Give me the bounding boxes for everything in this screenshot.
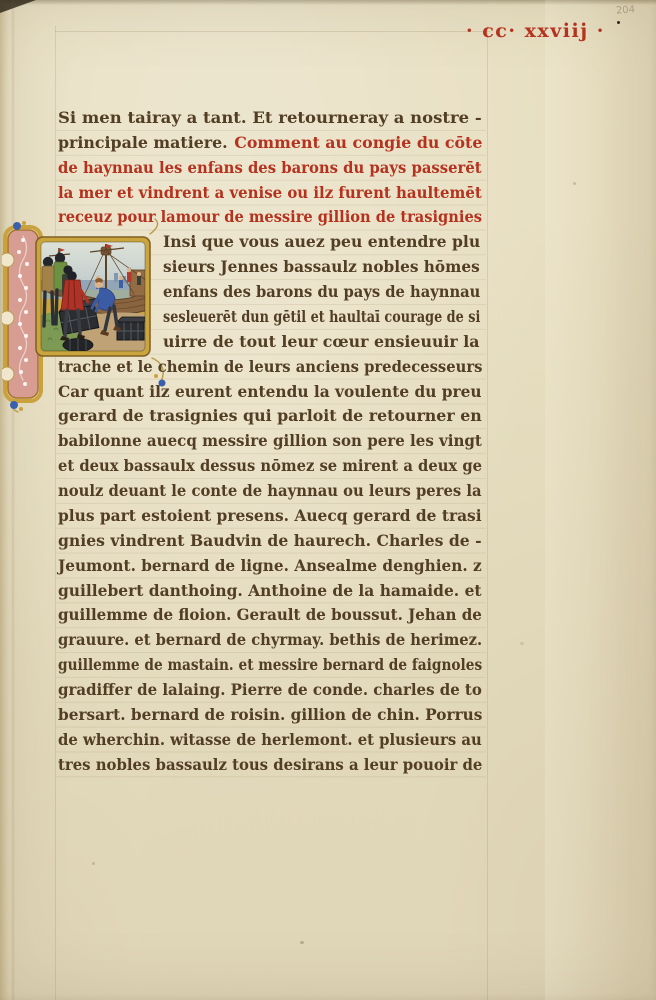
body-text: Car quant ilz eurent entendu la voulente… <box>58 382 482 401</box>
text-line: guillemme de floion. Gerault de boussut.… <box>58 605 508 629</box>
text-line: bersart. bernard de roisin. gillion de c… <box>58 705 501 729</box>
initial-letter-stem <box>2 227 41 401</box>
body-text: trache et le chemin de leurs anciens pre… <box>58 357 482 376</box>
text-line: sieurs Jennes bassaulz nobles hōmes <box>163 257 494 281</box>
text-line: uirre de tout leur cœur ensieuuir la <box>163 332 484 356</box>
text-line: de haynnau les enfans des barons du pays… <box>58 158 516 182</box>
rubric-text: de haynnau les enfans des barons du pays… <box>58 158 482 177</box>
folio-number: · cc· xxviij · <box>466 20 605 42</box>
body-text: sieurs Jennes bassaulz nobles hōmes <box>163 257 480 276</box>
rubric-text: receuz pour lamour de messire gillion de… <box>58 207 482 226</box>
text-line: Car quant ilz eurent entendu la voulente… <box>58 382 499 406</box>
body-text: Jeumont. bernard de ligne. Ansealme deng… <box>58 556 482 575</box>
stain <box>520 642 524 645</box>
text-line: babilonne auecq messire gillion son pere… <box>58 431 509 455</box>
body-text: babilonne auecq messire gillion son pere… <box>58 431 482 450</box>
stain <box>300 941 304 944</box>
text-line: tres nobles bassaulz tous desirans a leu… <box>58 755 514 779</box>
text-line: de wherchin. witasse de herlemont. et pl… <box>58 730 516 754</box>
rubric-text: Comment au congie du cōte <box>234 133 482 152</box>
text-line: la mer et vindrent a venise ou ilz furen… <box>58 183 512 207</box>
stain <box>92 862 95 865</box>
miniature-harbor-scene <box>41 242 149 352</box>
text-line: principale matiere.Comment au congie du … <box>58 133 487 157</box>
text-line: Insi que vous auez peu entendre plu <box>163 232 488 256</box>
body-text: enfans des barons du pays de haynnau <box>163 282 480 301</box>
body-text: guillemme de floion. Gerault de boussut.… <box>58 605 482 624</box>
body-text: plus part estoient presens. Auecq gerard… <box>58 506 482 525</box>
body-text: gnies vindrent Baudvin de haurech. Charl… <box>58 531 482 550</box>
text-line: enfans des barons du pays de haynnau <box>163 282 508 306</box>
manuscript-page: · cc· xxviij · 204 <box>0 0 656 1000</box>
body-text: Insi que vous auez peu entendre plu <box>163 232 480 251</box>
text-line: Jeumont. bernard de ligne. Ansealme deng… <box>58 556 502 580</box>
body-text: principale matiere. <box>58 133 228 152</box>
text-line: noulz deuant le conte de haynnau ou leur… <box>58 481 517 505</box>
pencil-foliation: 204 <box>616 4 636 16</box>
body-text: tres nobles bassaulz tous desirans a leu… <box>58 755 482 774</box>
text-line: guillebert danthoing. Anthoine de la ham… <box>58 581 497 605</box>
text-line: sesleuerēt dun gētil et haultaī courage … <box>163 307 559 331</box>
text-line: plus part estoient presens. Auecq gerard… <box>58 506 498 530</box>
stain <box>573 182 576 185</box>
text-line: et deux bassaulx dessus nōmez se mirent … <box>58 456 518 480</box>
text-line: grauure. et bernard de chyrmay. bethis d… <box>58 630 519 654</box>
ruling-horizontal-top <box>55 31 490 32</box>
body-text: de wherchin. witasse de herlemont. et pl… <box>58 730 482 749</box>
body-text: guillebert danthoing. Anthoine de la ham… <box>58 581 482 600</box>
body-text: guillemme de mastain. et messire bernard… <box>58 655 482 674</box>
text-line: gerard de trasignies qui parloit de reto… <box>58 406 487 430</box>
page-corner-shadow <box>0 0 36 13</box>
body-text: bersart. bernard de roisin. gillion de c… <box>58 705 482 724</box>
body-text: noulz deuant le conte de haynnau ou leur… <box>58 481 482 500</box>
body-text: grauure. et bernard de chyrmay. bethis d… <box>58 630 482 649</box>
text-line: guillemme de mastain. et messire bernard… <box>58 655 553 679</box>
text-line: Si men tairay a tant. Et retourneray a n… <box>58 108 470 132</box>
text-line: receuz pour lamour de messire gillion de… <box>58 207 522 231</box>
parchment-tone <box>545 0 656 1000</box>
body-text: gradiffer de lalaing. Pierre de conde. c… <box>58 680 482 699</box>
text-line: trache et le chemin de leurs anciens pre… <box>58 357 518 381</box>
chest-right <box>117 317 149 340</box>
text-line: gradiffer de lalaing. Pierre de conde. c… <box>58 680 511 704</box>
ink-speck <box>617 21 620 24</box>
body-text: gerard de trasignies qui parloit de reto… <box>58 406 482 425</box>
parchment-crease <box>11 0 15 1000</box>
body-text: et deux bassaulx dessus nōmez se mirent … <box>58 456 482 475</box>
text-line: gnies vindrent Baudvin de haurech. Charl… <box>58 531 492 555</box>
body-text: uirre de tout leur cœur ensieuuir la <box>163 332 480 351</box>
body-text: sesleuerēt dun gētil et haultaī courage … <box>163 307 480 326</box>
rubric-text: la mer et vindrent a venise ou ilz furen… <box>58 183 482 202</box>
body-text: Si men tairay a tant. Et retourneray a n… <box>58 108 482 127</box>
